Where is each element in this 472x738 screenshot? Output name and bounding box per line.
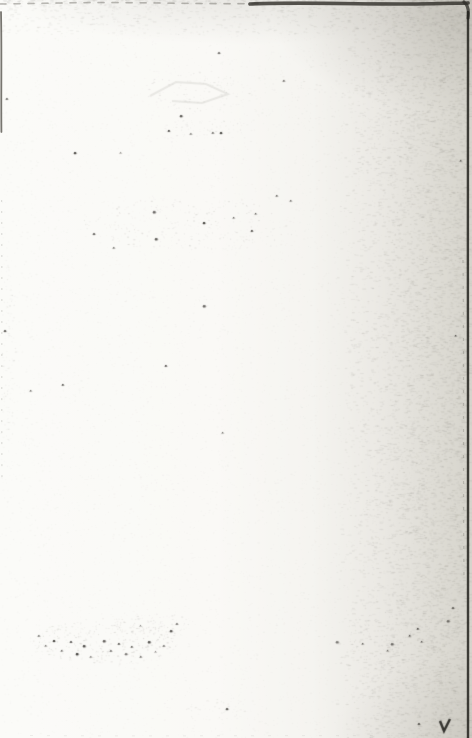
paper-noise-texture [0, 0, 472, 738]
scanned-page [0, 0, 472, 738]
